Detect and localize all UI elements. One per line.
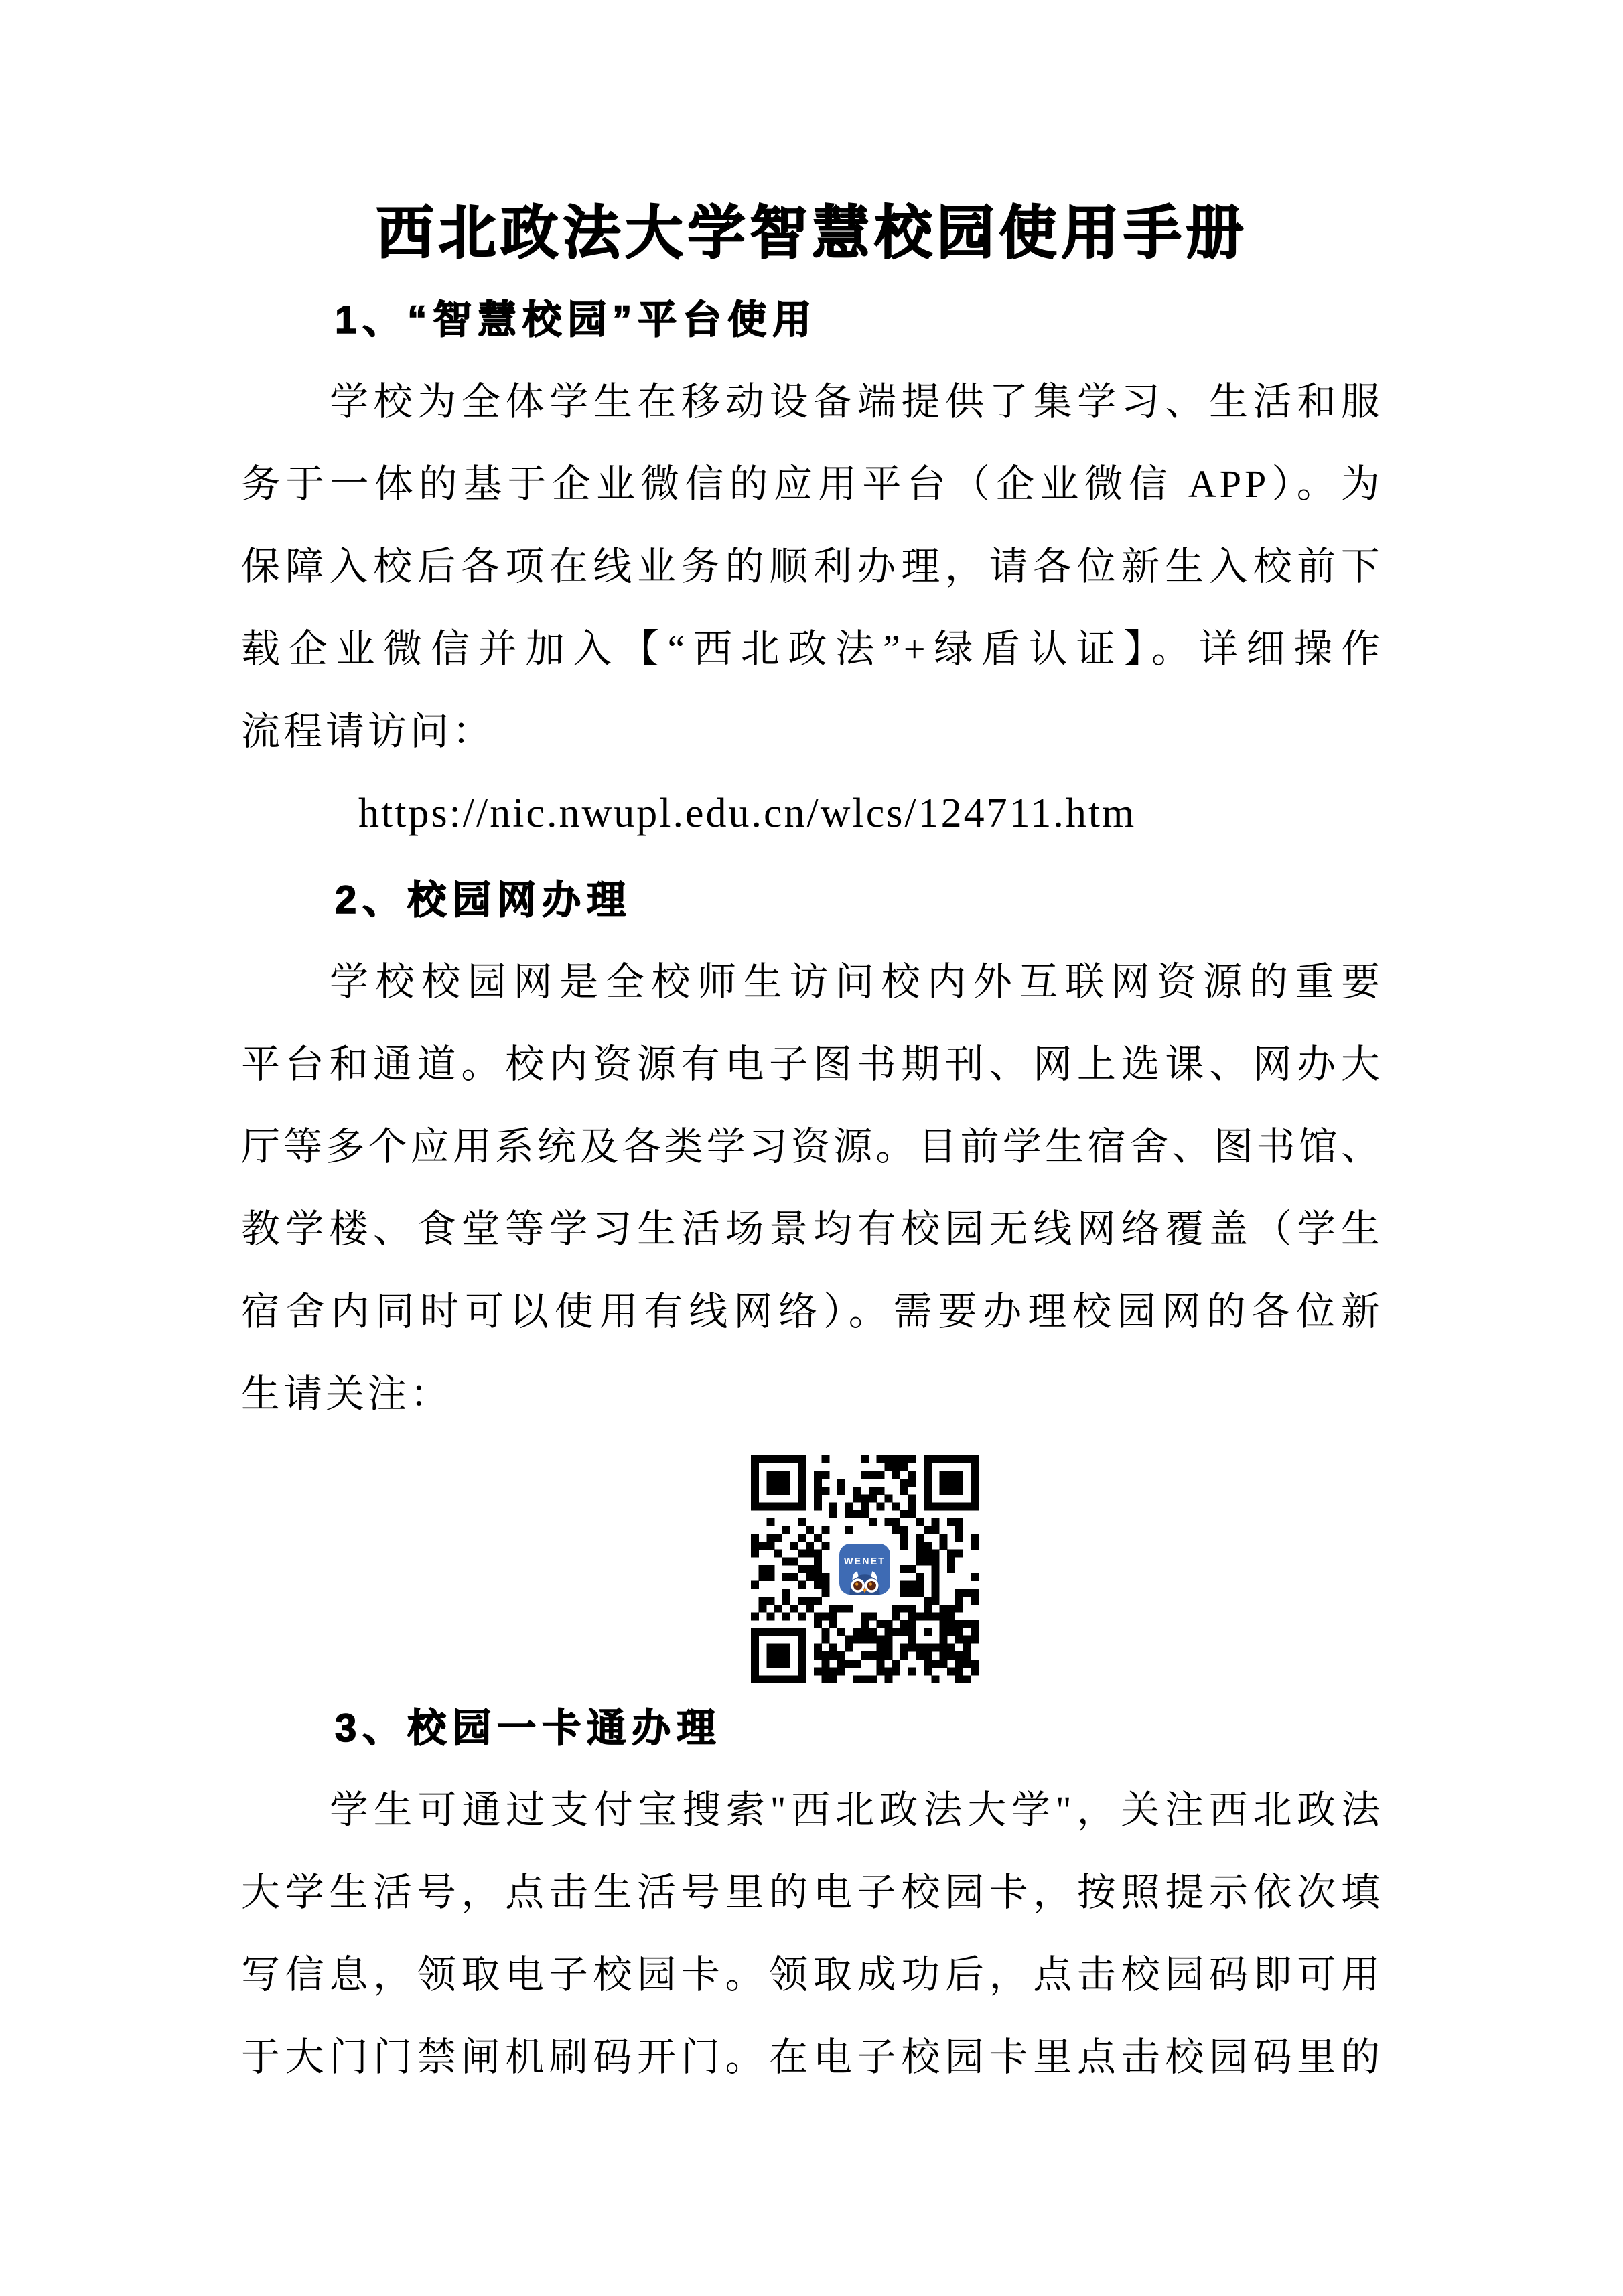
body-line: 学校校园网是全校师生访问校内外互联网资源的重要 <box>241 941 1383 1023</box>
body-line: 保障入校后各项在线业务的顺利办理，请各位新生入校前下 <box>241 525 1383 608</box>
body-line: 厅等多个应用系统及各类学习资源。目前学生宿舍、图书馆、 <box>241 1105 1383 1188</box>
body-line: 生请关注： <box>241 1353 1383 1435</box>
body-line: 载企业微信并加入【“西北政法”+绿盾认证】。详细操作 <box>241 608 1383 690</box>
section-campus-card: 3、校园一卡通办理 学生可通过支付宝搜索"西北政法大学"，关注西北政法 大学生活… <box>241 1707 1383 2098</box>
page-title: 西北政法大学智慧校园使用手册 <box>241 198 1383 268</box>
section-3-paragraph: 学生可通过支付宝搜索"西北政法大学"，关注西北政法 大学生活号，点击生活号里的电… <box>241 1769 1383 2098</box>
section-campus-network: 2、校园网办理 学校校园网是全校师生访问校内外互联网资源的重要 平台和通道。校内… <box>241 879 1383 1683</box>
url-text: https://nic.nwupl.edu.cn/wlcs/124711.htm <box>358 772 1383 855</box>
body-line: 学校为全体学生在移动设备端提供了集学习、生活和服 <box>241 360 1383 443</box>
wenet-logo: WENET <box>833 1537 897 1601</box>
wenet-logo-graphic: WENET <box>839 1543 891 1595</box>
body-line: 务于一体的基于企业微信的应用平台（企业微信 APP）。为 <box>241 443 1383 525</box>
body-line: 教学楼、食堂等学习生活场景均有校园无线网络覆盖（学生 <box>241 1188 1383 1270</box>
section-2-paragraph: 学校校园网是全校师生访问校内外互联网资源的重要 平台和通道。校内资源有电子图书期… <box>241 941 1383 1435</box>
body-line: 写信息，领取电子校园卡。领取成功后，点击校园码即可用 <box>241 1934 1383 2016</box>
document-page: 西北政法大学智慧校园使用手册 1、“智慧校园”平台使用 学校为全体学生在移动设备… <box>0 0 1623 2296</box>
section-3-heading: 3、校园一卡通办理 <box>335 1707 1383 1750</box>
section-1-paragraph: 学校为全体学生在移动设备端提供了集学习、生活和服 务于一体的基于企业微信的应用平… <box>241 360 1383 772</box>
qr-code: WENET <box>751 1455 979 1683</box>
body-line: 平台和通道。校内资源有电子图书期刊、网上选课、网办大 <box>241 1023 1383 1105</box>
section-1-heading: 1、“智慧校园”平台使用 <box>335 299 1383 342</box>
body-line: 学生可通过支付宝搜索"西北政法大学"，关注西北政法 <box>241 1769 1383 1851</box>
section-smart-campus: 1、“智慧校园”平台使用 学校为全体学生在移动设备端提供了集学习、生活和服 务于… <box>241 299 1383 855</box>
body-line: 宿舍内同时可以使用有线网络）。需要办理校园网的各位新 <box>241 1270 1383 1353</box>
wenet-logo-label: WENET <box>843 1556 885 1567</box>
body-line: 大学生活号，点击生活号里的电子校园卡，按照提示依次填 <box>241 1851 1383 1934</box>
section-2-heading: 2、校园网办理 <box>335 879 1383 922</box>
body-line: 流程请访问： <box>241 690 1383 772</box>
owl-icon <box>849 1571 879 1595</box>
body-line: 于大门门禁闸机刷码开门。在电子校园卡里点击校园码里的 <box>241 2016 1383 2098</box>
